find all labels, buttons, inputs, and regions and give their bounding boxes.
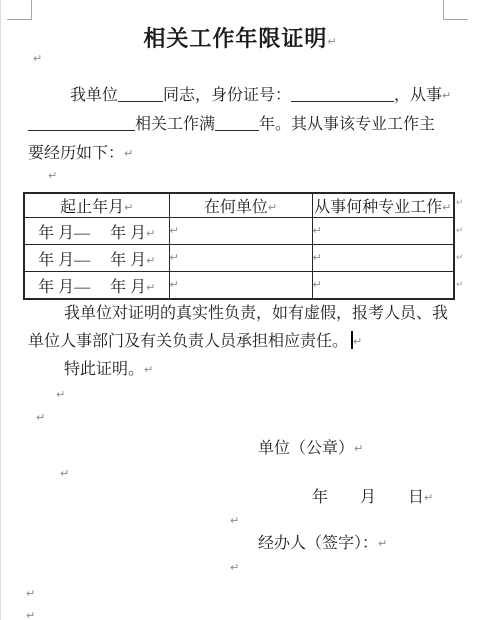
paragraph-mark-icon: ↵ [144,363,153,376]
paragraph-mark-icon: ↵ [327,35,336,48]
paragraph-mark-icon: ↵ [33,52,42,65]
document-title-row: 相关工作年限证明↵ [0,22,480,53]
period-cell[interactable]: 年 月— 年 月↵ [24,218,169,245]
paragraph-mark-icon: ↵ [230,514,239,527]
intro-text: 相关工作满 [135,116,215,133]
document-page[interactable]: 相关工作年限证明↵ ↵ 我单位同志，身份证号：，从事↵ 相关工作满年。其从事该专… [0,0,480,620]
line-break-mark-icon: ↵ [442,89,451,102]
document-title: 相关工作年限证明 [143,26,327,51]
period-cell[interactable]: 年 月— 年 月↵ [24,272,169,300]
paragraph-mark-icon: ↵ [230,561,239,574]
work-history-table: 起止年月↵ 在何单位↵ 从事何种专业工作↵ 年 月— 年 月↵ ↵ ↵ 年 月—… [23,192,455,300]
paragraph-mark-icon: ↵ [354,442,363,455]
responsibility-line-1: 我单位对证明的真实性负责，如有虚假，报考人员、我 [28,303,448,325]
agent-signature-line: 经办人（签字）：↵ [258,533,387,555]
paragraph-mark-icon: ↵ [48,169,57,182]
row-end-mark-icon: ↵ [456,198,464,208]
paragraph-mark-icon: ↵ [60,467,69,480]
employer-cell[interactable]: ↵ [169,245,312,272]
period-cell[interactable]: 年 月— 年 月↵ [24,245,169,272]
intro-line-1: 我单位同志，身份证号：，从事↵ [28,85,451,107]
profession-cell[interactable]: ↵ [312,272,454,300]
employer-cell[interactable]: ↵ [169,218,312,245]
closing-line: 特此证明。↵ [64,359,153,381]
page-edge-line [0,0,1,620]
paragraph-mark-icon: ↵ [56,388,65,401]
blank-underline-id-number [291,87,394,102]
table-row: 年 月— 年 月↵ ↵ ↵ [24,245,454,272]
header-profession[interactable]: 从事何种专业工作↵ [312,193,454,218]
employer-cell[interactable]: ↵ [169,272,312,300]
unit-seal-line: 单位（公章）↵ [258,438,363,460]
paragraph-mark-icon: ↵ [378,537,387,550]
table-row: 年 月— 年 月↵ ↵ ↵ [24,272,454,300]
paragraph-mark-icon: ↵ [124,147,133,160]
intro-text: 年。其从事该专业工作主 [259,116,435,133]
blank-underline-name [118,87,163,102]
margin-mark-top-right-icon [443,0,468,20]
row-end-mark-icon: ↵ [456,226,464,236]
cell-mark-icon: ↵ [442,201,451,214]
intro-text: ，从事 [394,87,442,104]
cell-mark-icon: ↵ [146,281,155,294]
date-line: 年 月 日↵ [312,487,433,509]
paragraph-mark-icon: ↵ [26,609,35,620]
cell-mark-icon: ↵ [146,227,155,240]
profession-cell[interactable]: ↵ [312,245,454,272]
cell-mark-icon: ↵ [170,251,179,264]
intro-line-2: 相关工作满年。其从事该专业工作主 [28,114,435,136]
cell-mark-icon: ↵ [313,278,322,291]
blank-underline-years [215,116,259,131]
blank-underline-profession [28,116,135,131]
responsibility-line-2: 单位人事部门及有关负责人员承担相应责任。↵ [28,331,362,353]
paragraph-mark-icon: ↵ [424,491,433,504]
intro-text: 同志，身份证号： [163,87,291,104]
cell-mark-icon: ↵ [170,224,179,237]
row-end-mark-icon: ↵ [456,280,464,290]
table-header-row: 起止年月↵ 在何单位↵ 从事何种专业工作↵ [24,193,454,218]
cell-mark-icon: ↵ [146,254,155,267]
paragraph-mark-icon: ↵ [26,587,35,600]
intro-line-3: 要经历如下：↵ [28,143,133,165]
profession-cell[interactable]: ↵ [312,218,454,245]
cell-mark-icon: ↵ [124,201,133,214]
header-period[interactable]: 起止年月↵ [24,193,169,218]
paragraph-mark-icon: ↵ [36,411,45,424]
row-end-mark-icon: ↵ [456,253,464,263]
header-employer[interactable]: 在何单位↵ [169,193,312,218]
intro-text: 我单位 [70,87,118,104]
cell-mark-icon: ↵ [313,224,322,237]
cell-mark-icon: ↵ [268,201,277,214]
cell-mark-icon: ↵ [313,251,322,264]
cell-mark-icon: ↵ [170,278,179,291]
margin-mark-top-left-icon [7,0,32,20]
intro-text: 要经历如下： [28,145,124,162]
paragraph-mark-icon: ↵ [353,335,362,348]
table-row: 年 月— 年 月↵ ↵ ↵ [24,218,454,245]
